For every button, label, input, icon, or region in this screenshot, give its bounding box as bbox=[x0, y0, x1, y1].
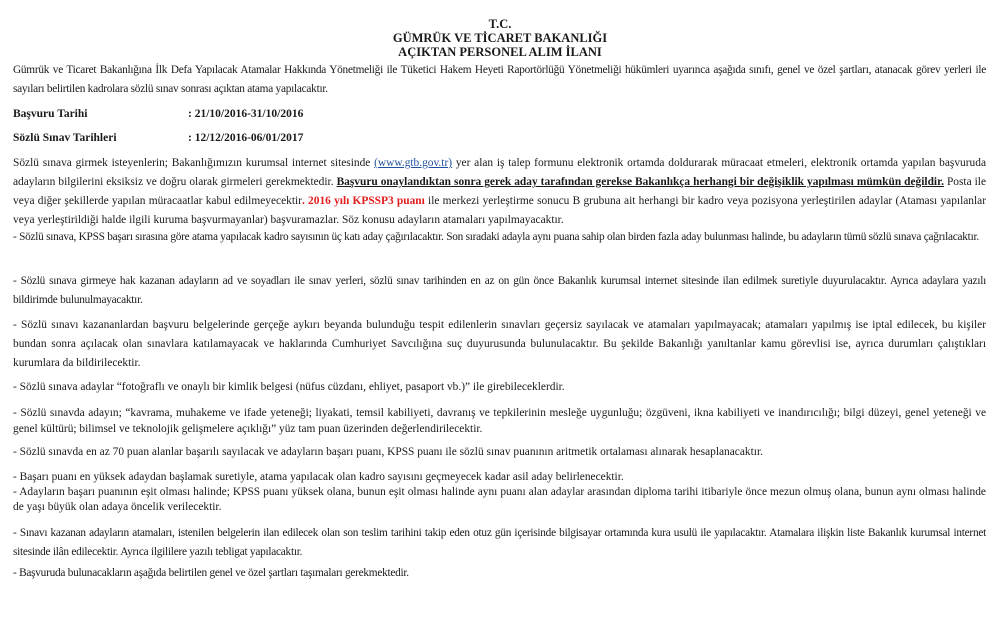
gtb-website-link[interactable]: (www.gtb.gov.tr) bbox=[374, 157, 452, 169]
oral-exam-date-label: Sözlü Sınav Tarihleri bbox=[13, 132, 117, 144]
application-date-label: Başvuru Tarihi bbox=[13, 108, 87, 120]
header-announcement-title: AÇIKTAN PERSONEL ALIM İLANI bbox=[0, 45, 1000, 59]
kpss-highlight: . 2016 yılı KPSSP3 puanı bbox=[302, 195, 425, 207]
rule-item: - Sözlü sınava adaylar “fotoğraflı ve on… bbox=[13, 378, 986, 397]
rule-item: - Başvuruda bulunacakların aşağıda belir… bbox=[13, 564, 986, 583]
rule-item: - Sözlü sınava, KPSS başarı sırasına gör… bbox=[13, 228, 986, 247]
application-date-value: : 21/10/2016-31/10/2016 bbox=[188, 108, 303, 120]
rule-item: - Sözlü sınavda adayın; “kavrama, muhake… bbox=[13, 405, 986, 437]
header-ministry: GÜMRÜK VE TİCARET BAKANLIĞI bbox=[0, 31, 1000, 45]
rule-item: - Sözlü sınava girmeye hak kazanan adayl… bbox=[13, 272, 986, 310]
document-page: T.C. GÜMRÜK VE TİCARET BAKANLIĞI AÇIKTAN… bbox=[0, 0, 1000, 629]
rule-item: - Sözlü sınavı kazananlardan başvuru bel… bbox=[13, 316, 986, 373]
intro-paragraph: Gümrük ve Ticaret Bakanlığına İlk Defa Y… bbox=[13, 61, 986, 99]
rule-item: - Sözlü sınavda en az 70 puan alanlar ba… bbox=[13, 443, 986, 462]
rule-item: - Adayların başarı puanının eşit olması … bbox=[13, 485, 986, 515]
header-tc: T.C. bbox=[0, 17, 1000, 31]
no-change-notice: Başvuru onaylandıktan sonra gerek aday t… bbox=[337, 176, 944, 188]
rule-item: - Sınavı kazanan adayların atamaları, is… bbox=[13, 524, 986, 562]
oral-exam-date-value: : 12/12/2016-06/01/2017 bbox=[188, 132, 303, 144]
rule-item: - Başarı puanı en yüksek adaydan başlama… bbox=[13, 470, 986, 485]
application-paragraph: Sözlü sınava girmek isteyenlerin; Bakanl… bbox=[13, 154, 986, 230]
